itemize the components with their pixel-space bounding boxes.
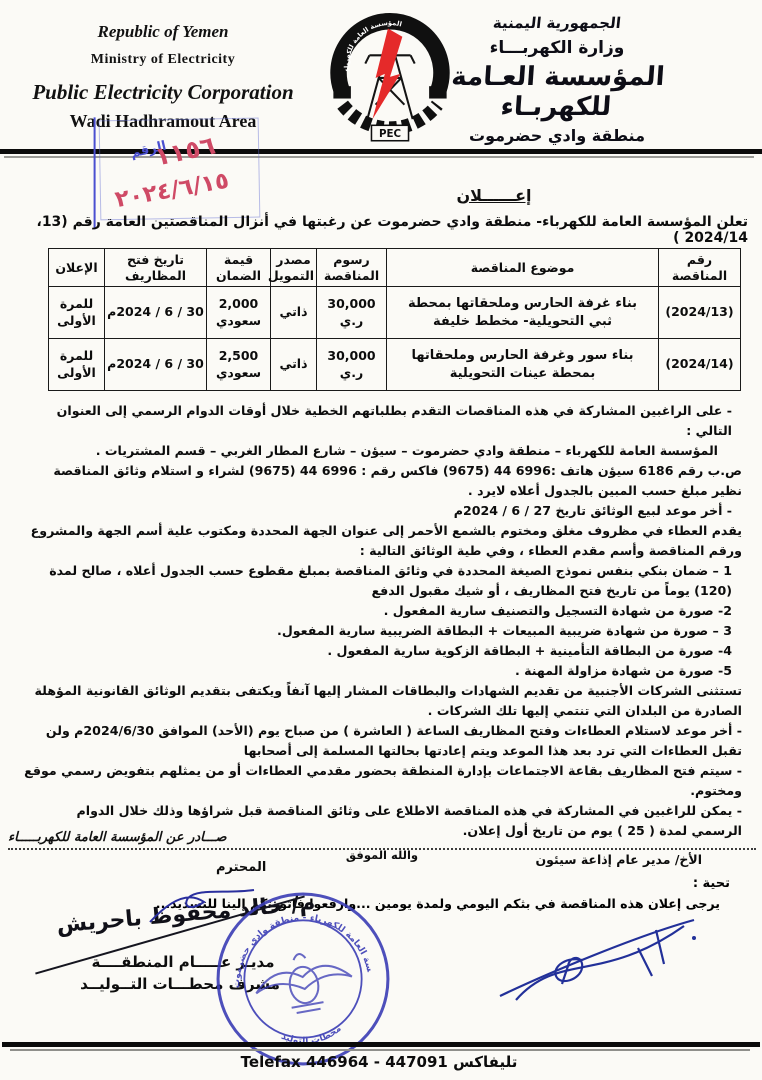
table-row: (2024/14) بناء سور وغرفة الحارس وملحقاته…: [49, 339, 741, 391]
body-paragraph: المؤسسة العامة للكهرباء – منطقة وادي حضر…: [22, 441, 742, 461]
body-paragraph: - سيتم فتح المظاريف بقاعة الاجتماعات بإد…: [22, 761, 742, 801]
body-paragraph: ص.ب رقم 6186 سيؤن هاتف :6996 44 (9675) ف…: [22, 461, 742, 501]
body-paragraph: - أخر موعد لبيع الوثائق تاريخ 27 / 6 / 2…: [22, 501, 742, 521]
logo-lightning-bolt: [373, 29, 403, 120]
body-paragraph: - أخر موعد لاستلام العطاءات وفتح المظاري…: [22, 721, 742, 761]
body-paragraph: 1 – ضمان بنكي بنفس نموذج الصيغة المحددة …: [22, 561, 742, 601]
table-header-row: رقم المناقصة موضوع المناقصة رسوم المناقص…: [49, 249, 741, 287]
telefax-number-en: Telefax 446964 - 447091: [241, 1053, 448, 1071]
telefax-label-ar: تليفاكس: [453, 1053, 517, 1071]
body-paragraph: يقدم العطاء في مظروف مغلق ومختوم بالشمع …: [22, 521, 742, 561]
telefax-line: Telefax 446964 - 447091 تليفاكس: [0, 1053, 762, 1071]
signature-strokes: [500, 920, 694, 1000]
addressee-honorific: المحترم: [216, 860, 266, 875]
country-name-en: Republic of Yemen: [18, 22, 308, 42]
issued-by-line: صـــادر عن المؤسسة العامة للكهربـــــاء: [8, 826, 756, 850]
col-funding-source: مصدر التمويل: [271, 249, 317, 287]
guarantee-value: 2,500 سعودي: [207, 339, 271, 391]
funding-source: ذاتي: [271, 287, 317, 339]
tender-fees: 30,000 ر.ي: [317, 339, 387, 391]
opening-date: 30 / 6 / 2024م: [105, 339, 207, 391]
col-tender-fees: رسوم المناقصة: [317, 249, 387, 287]
body-paragraph: 4- صورة من البطاقة التأمينية + البطاقة ا…: [22, 641, 742, 661]
issued-by-text: صـــادر عن المؤسسة العامة للكهربـــــاء: [8, 830, 227, 845]
body-paragraph: تستثنى الشركات الأجنبية من تقديم الشهادا…: [22, 681, 742, 721]
announcement-title: إعــــــلان: [436, 186, 552, 205]
body-paragraph: 2- صورة من شهادة التسجيل والتصنيف سارية …: [22, 601, 742, 621]
header-arabic: الجمهورية اليمنية وزارة الكهربـــاء المؤ…: [407, 14, 707, 145]
registry-pen-line: [94, 117, 96, 229]
ministry-name-en: Ministry of Electricity: [18, 52, 308, 68]
logo-arch-foot-left: [333, 86, 351, 98]
announcement-round: للمرة الأولى: [49, 287, 105, 339]
body-paragraph: 5- صورة من شهادة مزاولة المهنة .: [22, 661, 742, 681]
footer-divider-shadow: [10, 1049, 750, 1051]
tenders-table: رقم المناقصة موضوع المناقصة رسوم المناقص…: [48, 248, 741, 391]
corporation-name-ar: المؤسسة العـامة للكهربـاء: [405, 62, 709, 122]
body-paragraph: 3 – صورة من شهادة ضريبية المبيعات + البط…: [22, 621, 742, 641]
scanned-tender-announcement: Republic of Yemen Ministry of Electricit…: [0, 0, 762, 1080]
opening-date: 30 / 6 / 2024م: [105, 287, 207, 339]
announcement-round: للمرة الأولى: [49, 339, 105, 391]
col-guarantee-value: قيمة الضمان: [207, 249, 271, 287]
signature-dot: [692, 936, 696, 940]
ministry-name-ar: وزارة الكهربـــاء: [407, 38, 707, 58]
tender-number: (2024/14): [659, 339, 741, 391]
stamp-eagle-emblem: [251, 946, 357, 1020]
handwritten-signature-icon: [486, 908, 712, 1008]
funding-source: ذاتي: [271, 339, 317, 391]
stamp-bottom-label: محطات التوليد: [278, 1021, 345, 1051]
addressee-line: الأخ/ مدير عام إذاعة سيئون: [535, 852, 702, 867]
tender-subject: بناء غرفة الحارس وملحقاتها بمحطة ثبي الت…: [387, 287, 659, 339]
table-row: (2024/13) بناء غرفة الحارس وملحقاتها بمح…: [49, 287, 741, 339]
area-name-ar: منطقة وادي حضرموت: [407, 126, 707, 145]
col-announcement: الإعلان: [49, 249, 105, 287]
footer-divider-line: [2, 1042, 760, 1047]
tender-number: (2024/13): [659, 287, 741, 339]
greeting-line: تحية :: [693, 876, 730, 891]
guarantee-value: 2,000 سعودي: [207, 287, 271, 339]
tender-fees: 30,000 ر.ي: [317, 287, 387, 339]
col-tender-number: رقم المناقصة: [659, 249, 741, 287]
corporation-name-en: Public Electricity Corporation: [18, 80, 308, 105]
conditions-section: - على الراغبين المشاركة في هذه المناقصات…: [22, 401, 742, 865]
col-opening-date: تاريخ فتح المظاريف: [105, 249, 207, 287]
header-english: Republic of Yemen Ministry of Electricit…: [18, 22, 308, 132]
intro-paragraph: تعلن المؤسسة العامة للكهرباء- منطقة وادي…: [14, 214, 748, 246]
body-paragraph: - على الراغبين المشاركة في هذه المناقصات…: [22, 401, 742, 441]
logo-abbr-text: PEC: [379, 128, 401, 140]
stamp-bottom-text: محطات التوليد: [278, 1021, 345, 1051]
country-name-ar: الجمهورية اليمنية: [406, 14, 708, 32]
tender-subject: بناء سور وغرفة الحارس وملحقاتها بمحطة عي…: [387, 339, 659, 391]
col-tender-subject: موضوع المناقصة: [387, 249, 659, 287]
